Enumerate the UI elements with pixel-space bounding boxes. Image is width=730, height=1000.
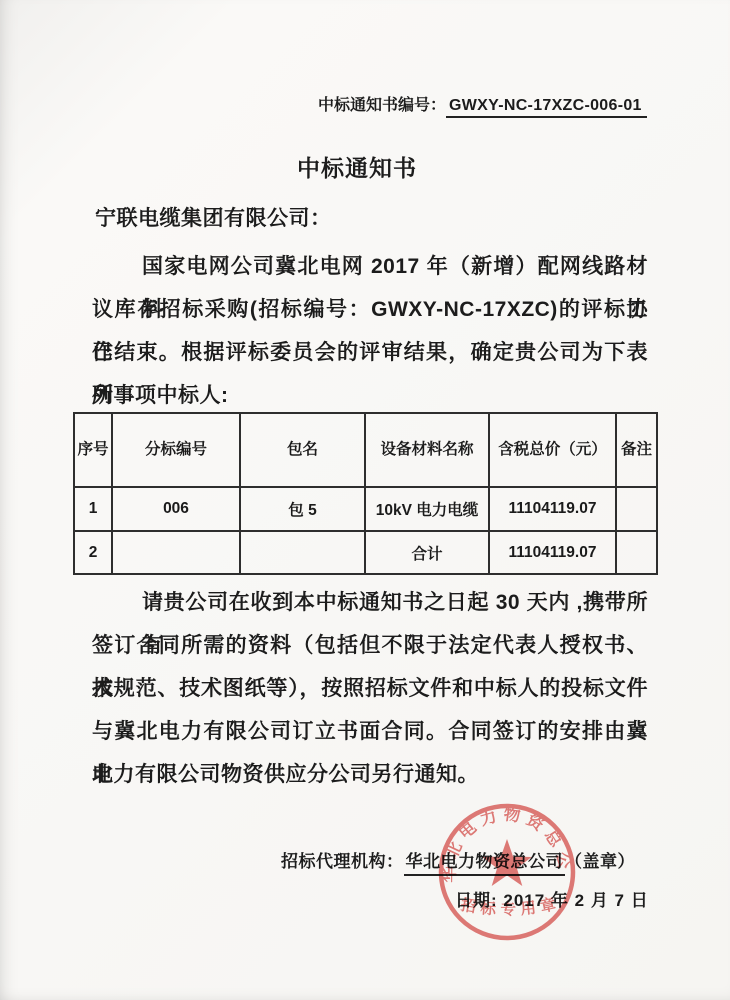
- red-company-seal: 华北电力物资总公司 招标专用章: [433, 799, 581, 947]
- col-header-seq: 序号: [74, 413, 112, 487]
- paragraph-instructions: 请贵公司在收到本中标通知书之日起 30 天内 ,携带所有 签订合同所需的资料（包…: [92, 581, 648, 796]
- col-header-remarks: 备注: [616, 413, 657, 487]
- table-row: 1 006 包 5 10kV 电力电缆 11104119.07: [74, 487, 657, 531]
- paragraph-line: 列事项中标人:: [92, 374, 648, 417]
- doc-number-line: 中标通知书编号：GWXY-NC-17XZC-006-01: [318, 92, 647, 115]
- table-cell: [616, 487, 657, 531]
- table-cell: [112, 531, 240, 574]
- seal-bottom-text: 招标专用章: [458, 893, 562, 918]
- table-cell: 2: [74, 531, 112, 574]
- table-cell: [616, 531, 657, 574]
- paragraph-line: 签订合同所需的资料（包括但不限于法定代表人授权书、技: [92, 624, 648, 667]
- table-cell: 10kV 电力电缆: [365, 487, 489, 531]
- col-header-package: 包名: [240, 413, 365, 487]
- table-cell: 11104119.07: [489, 531, 616, 574]
- agency-label: 招标代理机构：: [281, 852, 404, 871]
- table-cell: 合计: [365, 531, 489, 574]
- table-cell: 1: [74, 487, 112, 531]
- bid-results-table: 序号 分标编号 包名 设备材料名称 含税总价（元） 备注 1 006 包 5 1…: [73, 412, 658, 575]
- table-cell: 11104119.07: [489, 487, 616, 531]
- doc-number-label: 中标通知书编号：: [318, 97, 446, 114]
- seal-star-icon: [482, 839, 531, 886]
- paragraph-line: 与冀北电力有限公司订立书面合同。合同签订的安排由冀北: [92, 710, 648, 753]
- col-header-lot-number: 分标编号: [112, 413, 240, 487]
- table-row: 2 合计 11104119.07: [74, 531, 657, 574]
- paragraph-line: 国家电网公司冀北电网 2017 年（新增）配网线路材料协: [92, 245, 648, 288]
- paragraph-line: 术规范、技术图纸等），按照招标文件和中标人的投标文件: [92, 667, 648, 710]
- paragraph-line: 已结束。根据评标委员会的评审结果，确定贵公司为下表所: [92, 331, 648, 374]
- scanned-document-page: 中标通知书编号：GWXY-NC-17XZC-006-01 中标通知书 宁联电缆集…: [0, 0, 730, 1000]
- table-cell: 包 5: [240, 487, 365, 531]
- paragraph-line: 电力有限公司物资供应分公司另行通知。: [92, 753, 648, 796]
- addressee-line: 宁联电缆集团有限公司：: [95, 202, 332, 232]
- page-title: 中标通知书: [0, 150, 714, 183]
- col-header-price: 含税总价（元）: [489, 413, 616, 487]
- table-cell: [240, 531, 365, 574]
- table-cell: 006: [112, 487, 240, 531]
- paragraph-line: 请贵公司在收到本中标通知书之日起 30 天内 ,携带所有: [92, 581, 648, 624]
- paragraph-line: 议库存招标采购(招标编号：GWXY-NC-17XZC)的评标工作: [92, 288, 648, 331]
- col-header-material: 设备材料名称: [365, 413, 489, 487]
- doc-number-value: GWXY-NC-17XZC-006-01: [446, 97, 647, 118]
- paragraph-intro: 国家电网公司冀北电网 2017 年（新增）配网线路材料协 议库存招标采购(招标编…: [92, 245, 648, 417]
- table-header-row: 序号 分标编号 包名 设备材料名称 含税总价（元） 备注: [74, 413, 657, 487]
- stray-pen-mark: ': [120, 385, 123, 402]
